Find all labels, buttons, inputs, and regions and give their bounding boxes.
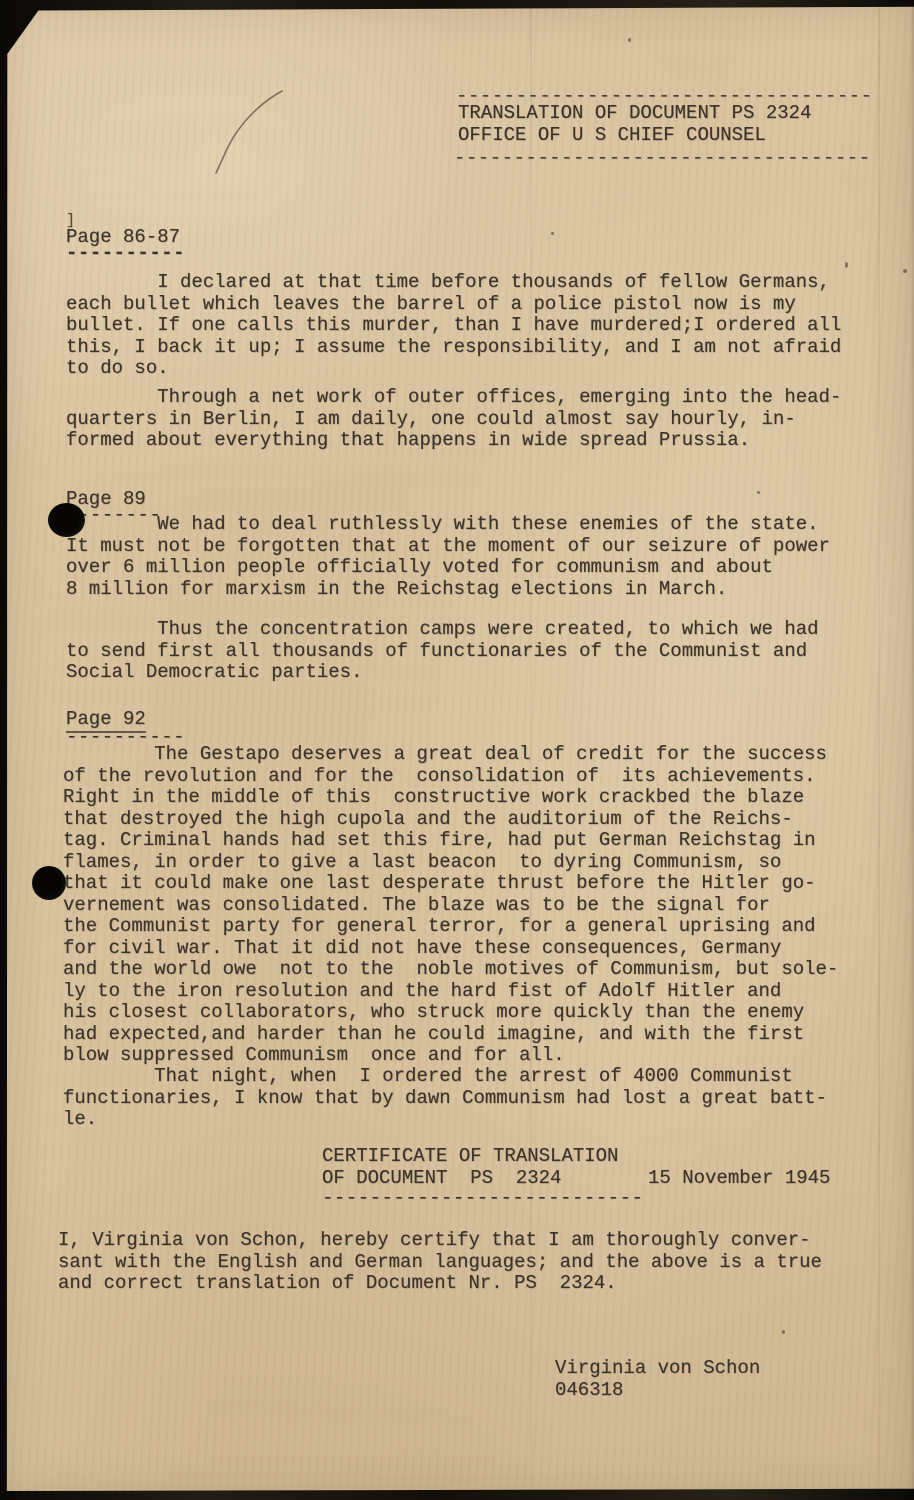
pen-stroke-mark (200, 85, 310, 185)
stamp-dashes-bottom: ----------------------------------- (454, 148, 871, 170)
document-scan: ----------------------------------- TRAN… (0, 0, 914, 1500)
ink-speck (782, 1330, 785, 1334)
certificate-title: CERTIFICATE OF TRANSLATION OF DOCUMENT P… (322, 1146, 618, 1189)
paper-crease (878, 0, 880, 1500)
punch-hole (32, 866, 66, 900)
certificate-dashes: --------------------------- (322, 1188, 643, 1210)
ink-speck (903, 269, 907, 273)
signature-block: Virginia von Schon 046318 (555, 1358, 760, 1401)
stamp-title: TRANSLATION OF DOCUMENT PS 2324 (458, 103, 811, 125)
certificate-date: 15 November 1945 (648, 1168, 830, 1190)
paragraph: We had to deal ruthlessly with these ene… (66, 514, 830, 600)
ink-speck (757, 491, 760, 494)
paragraph: That night, when I ordered the arrest of… (63, 1066, 827, 1131)
paragraph: Through a net work of outer offices, eme… (66, 387, 841, 452)
paragraph: Thus the concentration camps were create… (66, 619, 819, 684)
paragraph: The Gestapo deserves a great deal of cre… (63, 744, 838, 1067)
certificate-body: I, Virginia von Schon, hereby certify th… (58, 1230, 822, 1295)
ink-speck (628, 38, 631, 42)
ink-speck (845, 262, 848, 268)
paper-page: ----------------------------------- TRAN… (0, 0, 914, 1500)
ink-speck (551, 232, 554, 235)
punch-hole (48, 503, 85, 537)
paragraph: I declared at that time before thousands… (66, 272, 841, 380)
heading-underline-dashes: ---------- (66, 243, 185, 265)
stamp-subtitle: OFFICE OF U S CHIEF COUNSEL (458, 125, 766, 147)
